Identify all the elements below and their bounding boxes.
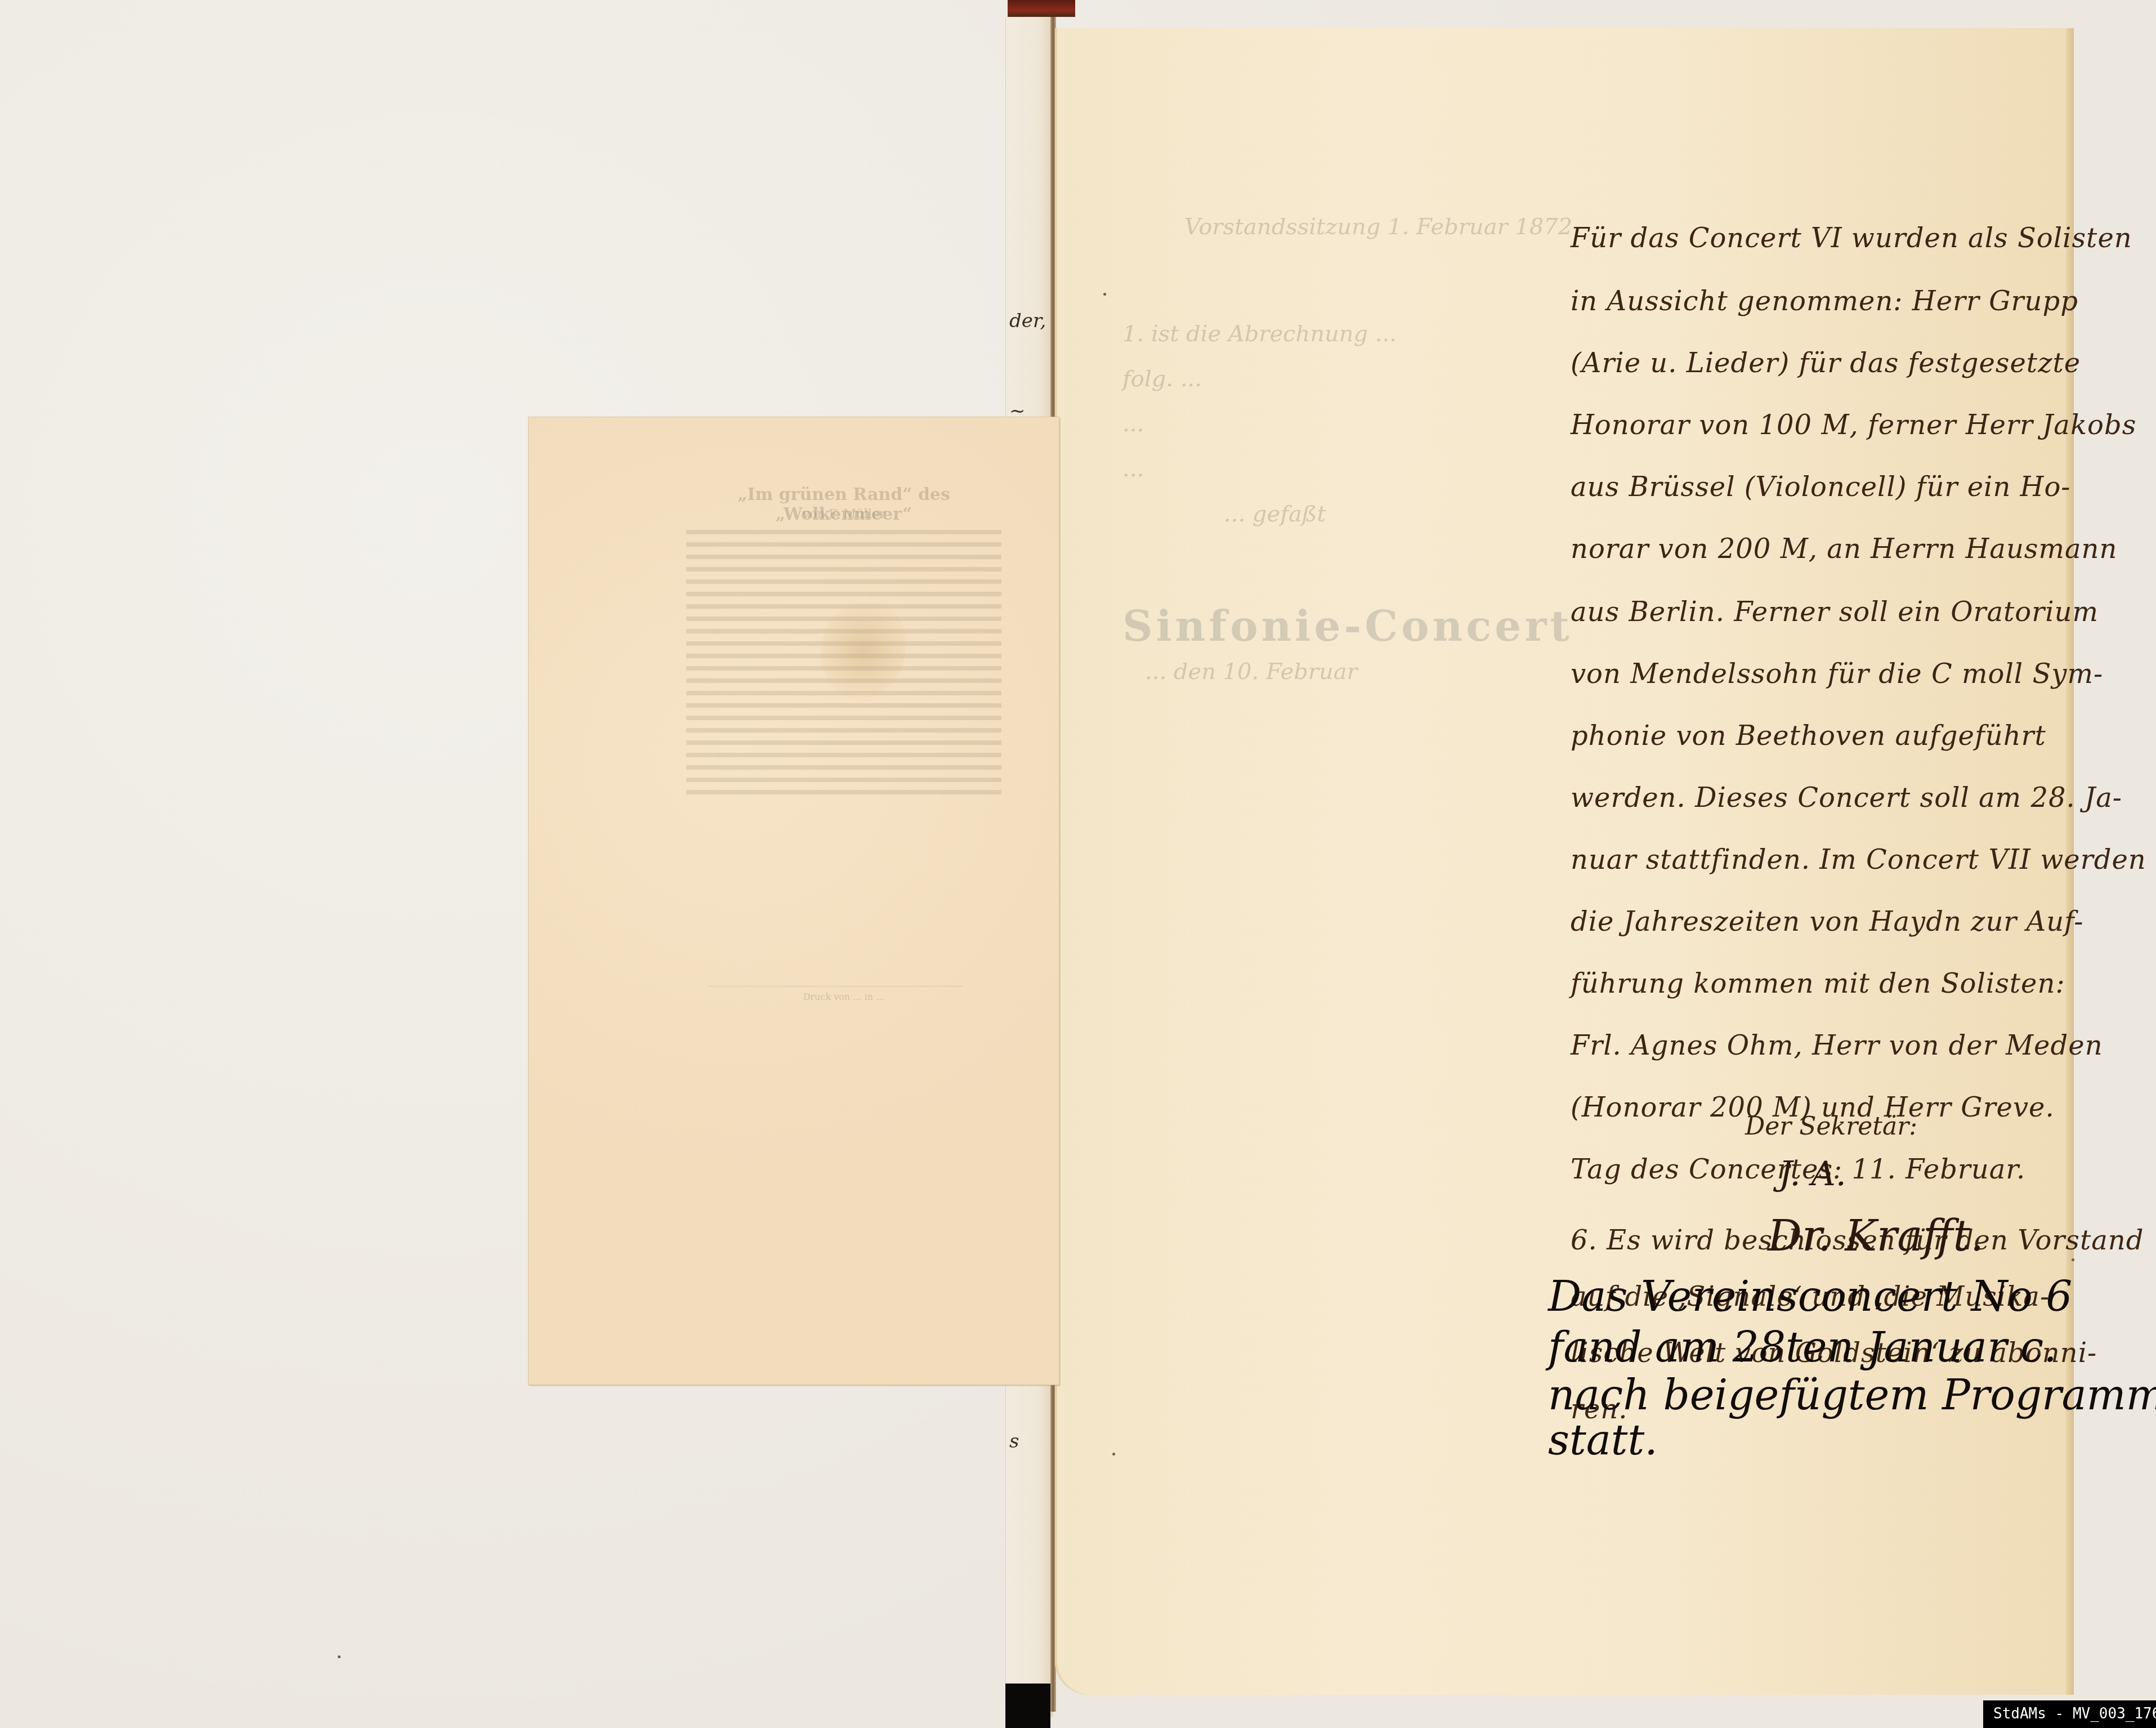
archive-label: StdAMs - MV_003_176 — [1983, 1700, 2156, 1728]
bleed-line: ... gefaßt — [1224, 501, 1326, 527]
text-line: werden. Dieses Concert soll am 28. Ja- — [1571, 782, 2122, 814]
leaflet-subtitle: von F. Müller — [686, 507, 1001, 521]
bleed-heading: Sinfonie-Concert — [1122, 602, 1573, 651]
bleed-line: 1. ist die Abrechnung ... — [1122, 321, 1397, 347]
text-line: norar von 200 M, an Herrn Hausmann — [1571, 533, 2117, 565]
text-line: führung kommen mit den Solisten: — [1571, 968, 2065, 999]
signature-name: Dr. Krafft. — [1768, 1211, 1984, 1261]
left-page-fragment: der, — [1009, 310, 1046, 332]
left-page-fragment: s — [1009, 1430, 1019, 1453]
text-line: Honorar von 100 M, ferner Herr Jakobs — [1571, 409, 2136, 441]
text-line: von Mendelssohn für die C moll Sym- — [1571, 658, 2103, 690]
signature-label: Der Sekretär: — [1745, 1112, 1917, 1141]
text-line: Frl. Agnes Ohm, Herr von der Meden — [1571, 1030, 2103, 1061]
leaflet-footer: Druck von ... in ... — [686, 992, 1001, 1002]
leaflet-rule — [709, 986, 962, 986]
inserted-leaflet: „Im grünen Rand“ des „Wolkenmeer“ von F.… — [528, 417, 1059, 1385]
text-line: aus Brüssel (Violoncell) für ein Ho- — [1571, 471, 2071, 503]
bleed-header: Vorstandssitzung 1. Februar 1872 — [1184, 214, 1572, 240]
note-line: nach beigefügtem Programm — [1548, 1371, 2156, 1419]
bleed-line: ... den 10. Februar — [1145, 659, 1358, 685]
text-line: die Jahreszeiten von Haydn zur Auf- — [1571, 906, 2083, 937]
bleed-line: ... — [1122, 456, 1144, 482]
text-line: nuar stattfinden. Im Concert VII werden — [1571, 844, 2146, 876]
book-binding — [1008, 0, 1075, 17]
signature-initials: J. A. — [1779, 1154, 1846, 1194]
text-line: Für das Concert VI wurden als Solisten — [1571, 222, 2132, 254]
note-line: fand am 28ten Januar c. — [1548, 1323, 2057, 1372]
bleed-line: ... — [1122, 411, 1144, 437]
scan-border — [1005, 1684, 1050, 1728]
text-line: aus Berlin. Ferner soll ein Oratorium — [1571, 596, 2099, 628]
bleed-line: folg. ... — [1122, 366, 1202, 392]
note-line: statt. — [1548, 1416, 1658, 1464]
text-line: (Arie u. Lieder) für das festgesetzte — [1571, 347, 2081, 379]
note-line: Das Vereinsconcert No 6 — [1548, 1272, 2072, 1321]
text-line: in Aussicht genommen: Herr Grupp — [1571, 285, 2078, 317]
text-line: phonie von Beethoven aufgeführt — [1571, 720, 2046, 752]
